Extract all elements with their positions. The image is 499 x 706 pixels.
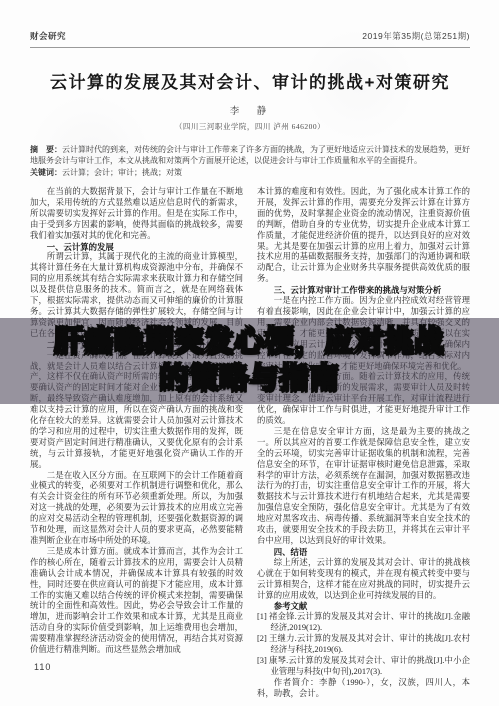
left-column: 在当前的大数据背景下，会计与审计工作量在不断地加大，采用传统的方式显然难以适应信… [30,187,243,700]
references-heading: 参考文献 [257,601,470,612]
author-affiliation: （四川三河职业学院，四川 泸州 646200） [30,121,470,132]
overlay-banner: 肝癌晚期突发心梗，应对挑战 的策略与指南 [0,318,499,404]
right-column: 本计算的难度和有效性。因此，为了强化成本计算工作的开展，发挥云计算的作用，需要充… [257,187,470,700]
body-paragraph: 在当前的大数据背景下，会计与审计工作量在不断地加大，采用传统的方式显然难以适应信… [30,187,243,242]
section-heading: 一、云计算的发展 [30,242,243,253]
paper-title: 云计算的发展及其对会计、审计的挑战+对策研究 [30,68,470,93]
section-heading: 三、云计算对审计工作带来的挑战与对策分析 [257,285,470,296]
body-paragraph: 三是在信息安全审计方面，这是最为主要的挑战之一。所以其应对的首要工作就是保障信息… [257,427,470,547]
page-number: 110 [34,662,51,672]
abstract-label: 摘 要： [30,145,62,154]
author-name: 李 静 [30,103,470,117]
body-paragraph: 二是在收入区分方面。在互联网下的会计工作随着商业模式的转变，必须要对工作机制进行… [30,471,243,547]
body-paragraph: 综上所述，云计算的发展及其对会计、审计的挑战核心就在于如何转变现有的模式，并在现… [257,558,470,602]
journal-section-label: 财会研究 [30,30,66,42]
keywords-block: 关键词：云计算；会计；审计；挑战；对策 [30,167,470,178]
body-paragraph: 三是成本计算方面。就成本计算而言，其作为会计工作的核心所在，随着云计算技术的应用… [30,547,243,656]
body-columns: 在当前的大数据背景下，会计与审计工作量在不断地加大，采用传统的方式显然难以适应信… [30,187,470,700]
journal-issue-info: 2019年第35期(总第251期) [362,30,470,42]
journal-page: 财会研究 2019年第35期(总第251期) 云计算的发展及其对会计、审计的挑战… [0,0,499,706]
overlay-banner-line1: 肝癌晚期突发心梗，应对挑战 [54,324,444,361]
author-bio: 作者简介：李静（1990-），女，汉族，四川人，本科，助教，会计。 [257,678,470,700]
section-heading: 四、结语 [257,547,470,558]
body-paragraph: 本计算的难度和有效性。因此，为了强化成本计算工作的开展，发挥云计算的作用，需要充… [257,187,470,285]
reference-item: [3] 康琴.云计算的发展及其对会计、审计的挑战[J].中小企业管理与科技(中旬… [257,656,470,678]
abstract-block: 摘 要：云计算时代的到来，对传统的会计与审计工作带来了许多方面的挑战，为了更好地… [30,144,470,166]
abstract-text: 云计算时代的到来，对传统的会计与审计工作带来了许多方面的挑战，为了更好地适应云计… [30,145,470,165]
reference-item: [1] 褚金锋.云计算的发展及其对会计、审计的挑战[J].金融经济,2019(1… [257,612,470,634]
keywords-label: 关键词： [30,168,62,177]
reference-item: [2] 王继力.云计算的发展及其对会计、审计的挑战[J].农村经济与科技,201… [257,634,470,656]
overlay-banner-line2: 的策略与指南 [159,361,339,398]
journal-header: 财会研究 2019年第35期(总第251期) [30,0,470,48]
keywords-text: 云计算；会计；审计；挑战；对策 [62,168,182,177]
